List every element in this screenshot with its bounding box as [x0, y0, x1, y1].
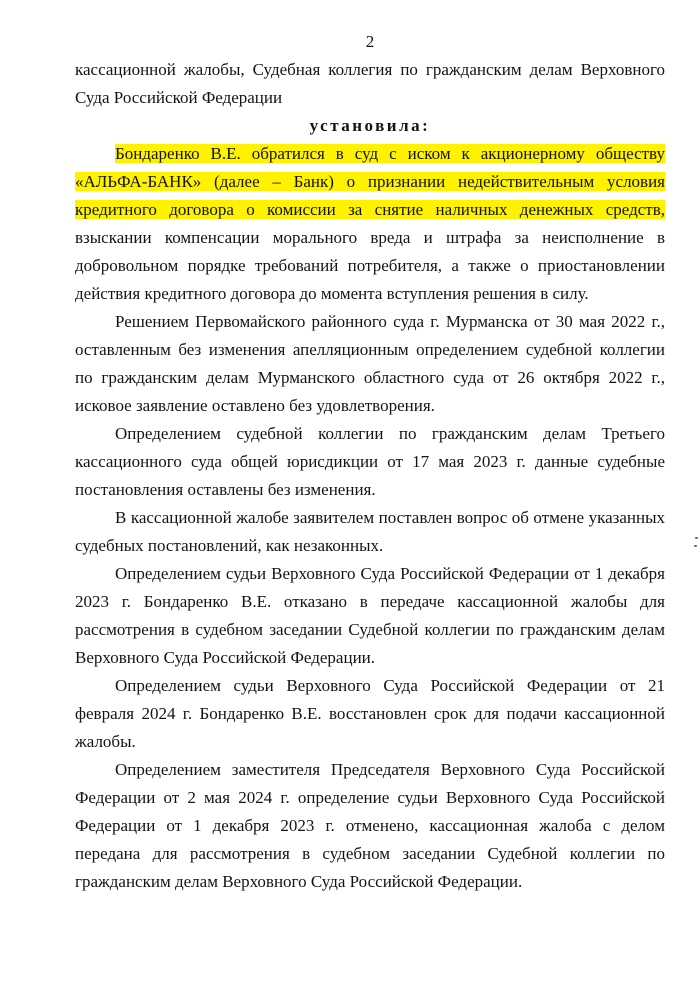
page-content: 2 кассационной жалобы, Судебная коллегия… [75, 28, 665, 896]
section-heading: установила: [75, 112, 665, 140]
paragraph-cassation-court-decision: Определением судебной коллегии по гражда… [75, 420, 665, 504]
scan-artifact [695, 537, 698, 539]
paragraph-intro: кассационной жалобы, Судебная коллегия п… [75, 56, 665, 112]
paragraph-judge-refusal-decision: Определением судьи Верховного Суда Росси… [75, 560, 665, 672]
highlighted-claim-text: Бондаренко В.Е. обратился в суд с иском … [75, 144, 665, 219]
scan-artifact [694, 545, 697, 547]
document-page: 2 кассационной жалобы, Судебная коллегия… [0, 0, 700, 981]
paragraph-first-instance-decision: Решением Первомайского районного суда г.… [75, 308, 665, 420]
paragraph-claim: Бондаренко В.Е. обратился в суд с иском … [75, 140, 665, 308]
paragraph-deputy-chairman-decision: Определением заместителя Председателя Ве… [75, 756, 665, 896]
page-number: 2 [75, 28, 665, 56]
paragraph-deadline-restoration-decision: Определением судьи Верховного Суда Росси… [75, 672, 665, 756]
claim-rest-text: взыскании компенсации морального вреда и… [75, 228, 665, 303]
paragraph-complaint-subject: В кассационной жалобе заявителем поставл… [75, 504, 665, 560]
